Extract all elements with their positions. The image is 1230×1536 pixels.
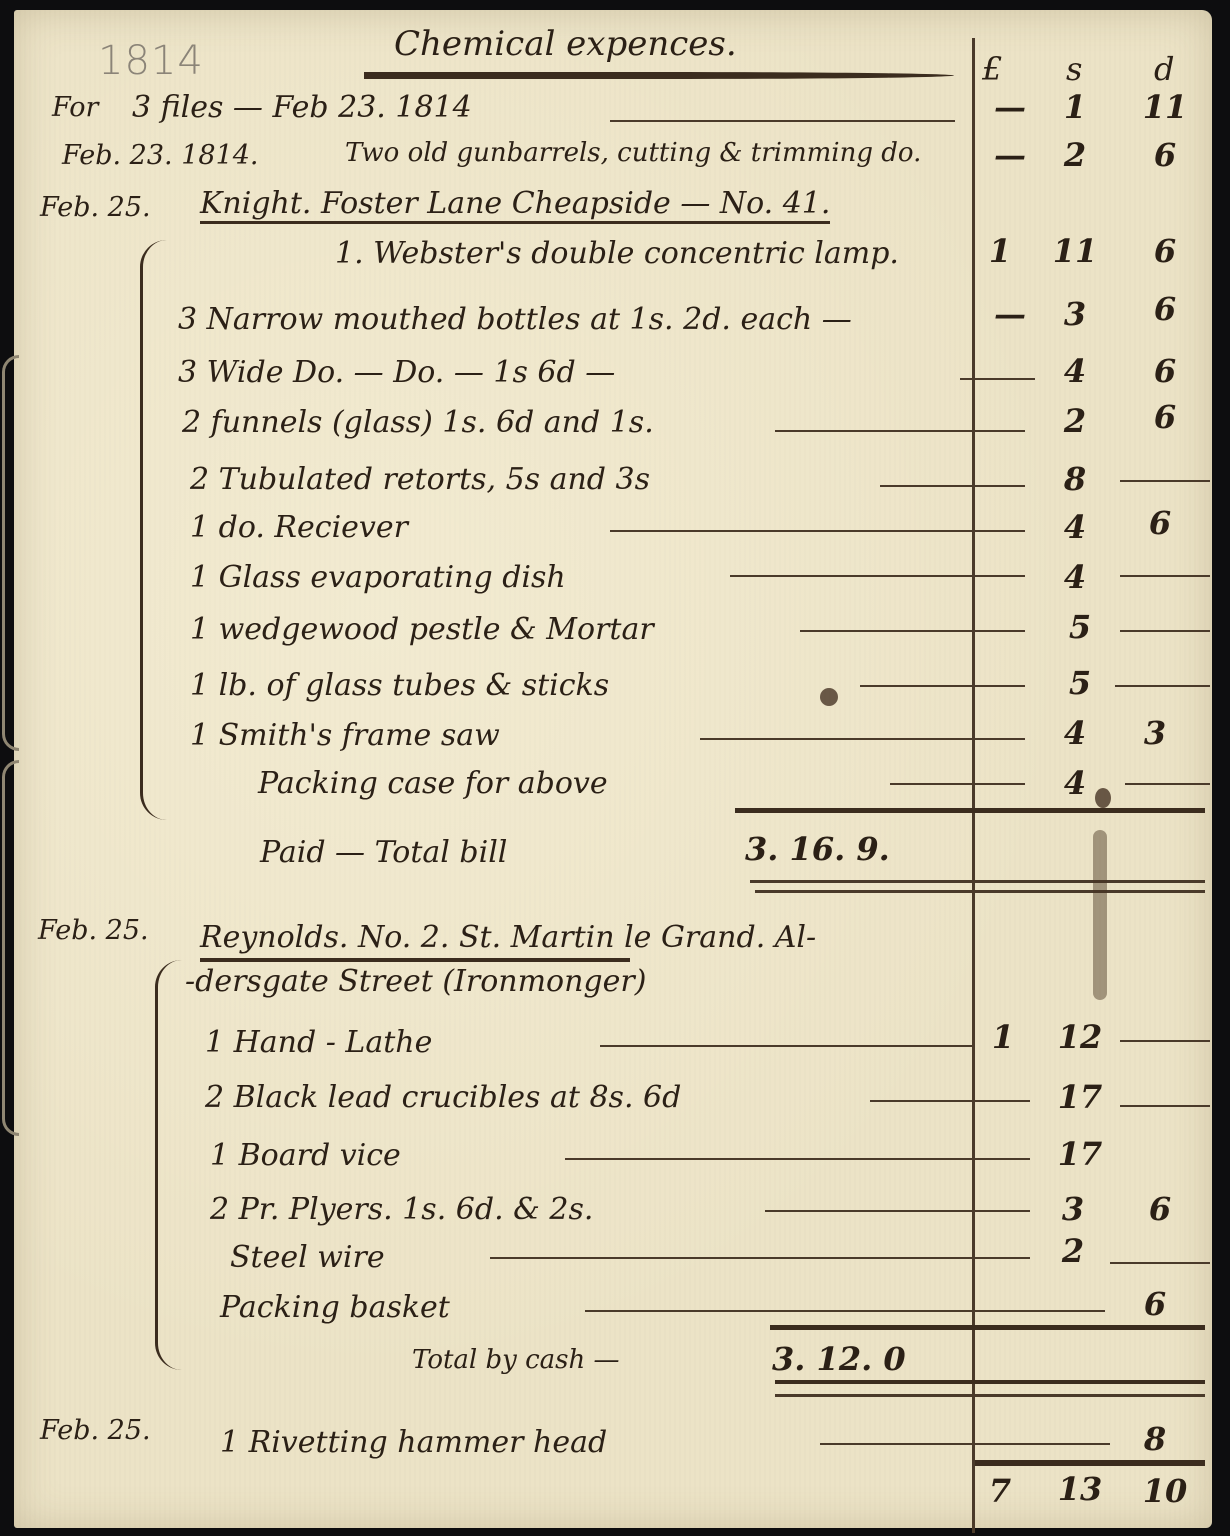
amount-pence: 11 — [1140, 88, 1190, 126]
ink-blot — [1095, 788, 1111, 808]
item-desc: 1 Glass evaporating dish — [190, 560, 566, 595]
amount-shillings: 4 — [1050, 558, 1100, 596]
leader-line — [600, 1045, 975, 1047]
amount-pence: 6 — [1140, 136, 1190, 174]
amount-pence: 6 — [1130, 1285, 1180, 1323]
leader-line — [960, 378, 1035, 380]
column-header-pounds: £ — [982, 50, 1002, 88]
amount-shillings: 4 — [1050, 764, 1100, 802]
item-desc: 1 Rivetting hammer head — [220, 1425, 607, 1460]
amount-shillings: 4 — [1050, 352, 1100, 390]
total-rule — [735, 808, 1205, 813]
item-desc: 3 Narrow mouthed bottles at 1s. 2d. each… — [178, 302, 852, 337]
dash-pence — [1120, 630, 1210, 632]
amount-shillings: 2 — [1050, 136, 1100, 174]
reynolds-bracket — [155, 960, 182, 1370]
amount-pence: 6 — [1135, 504, 1185, 542]
leader-line — [730, 575, 1025, 577]
item-desc: 1 wedgewood pestle & Mortar — [190, 612, 654, 647]
amount-pounds: 1 — [975, 232, 1025, 270]
title-underline — [364, 72, 954, 79]
amount-pence: 3 — [1130, 714, 1180, 752]
ink-drip — [1093, 830, 1107, 1000]
amount-pence: 8 — [1130, 1420, 1180, 1458]
item-desc: 2 Pr. Plyers. 1s. 6d. & 2s. — [210, 1192, 593, 1227]
item-desc: 1 do. Reciever — [190, 510, 408, 545]
leader-line — [585, 1310, 1105, 1312]
column-header-pence: d — [1154, 50, 1174, 88]
vendor-reynolds-address: -dersgate Street (Ironmonger) — [185, 964, 646, 999]
grand-total-shillings: 13 — [1055, 1470, 1105, 1508]
amount-pounds: — — [985, 136, 1035, 174]
double-rule — [750, 880, 1205, 883]
amount-pounds: — — [985, 295, 1035, 333]
leader-line — [610, 120, 955, 122]
entry-date: Feb. 23. 1814. — [62, 140, 259, 171]
vendor-reynolds-header: Reynolds. No. 2. St. Martin le Grand. Al… — [200, 920, 816, 955]
knight-total-label: Paid — Total bill — [260, 835, 507, 870]
page-title: Chemical expences. — [394, 24, 737, 64]
leader-line — [490, 1257, 1030, 1259]
item-desc: 2 funnels (glass) 1s. 6d and 1s. — [182, 405, 654, 440]
entry-date: For — [52, 92, 98, 123]
double-rule — [755, 890, 1205, 893]
leader-line — [775, 430, 1025, 432]
leader-line — [870, 1100, 1030, 1102]
leader-line — [820, 1443, 1110, 1445]
amount-shillings: 17 — [1055, 1078, 1105, 1116]
item-desc: 2 Black lead crucibles at 8s. 6d — [205, 1080, 681, 1115]
reynolds-total-label: Total by cash — — [412, 1345, 620, 1375]
dash-pence — [1120, 575, 1210, 577]
item-desc: 1 Smith's frame saw — [190, 718, 500, 753]
amount-pounds: 1 — [978, 1018, 1028, 1056]
amount-shillings: 4 — [1050, 714, 1100, 752]
entry-date: Feb. 25. — [38, 915, 149, 946]
double-rule — [775, 1380, 1205, 1384]
item-desc: 1 Board vice — [210, 1138, 401, 1173]
double-rule — [775, 1394, 1205, 1397]
entry-desc: 3 files — Feb 23. 1814 — [132, 90, 472, 125]
dash-pence — [1125, 783, 1210, 785]
leader-line — [880, 485, 1025, 487]
pencil-year-annotation: 1814 — [98, 38, 204, 84]
item-desc: 1 Hand - Lathe — [205, 1025, 432, 1060]
amount-pence: 6 — [1140, 232, 1190, 270]
dash-pence — [1110, 1262, 1210, 1264]
grand-total-pounds: 7 — [975, 1472, 1025, 1510]
amount-pence: 6 — [1140, 352, 1190, 390]
dash-pence — [1120, 1105, 1210, 1107]
column-header-shillings: s — [1066, 50, 1082, 88]
leader-line — [890, 783, 1025, 785]
dash-pence — [1120, 480, 1210, 482]
amount-shillings: 3 — [1050, 295, 1100, 333]
amount-pence: 6 — [1140, 290, 1190, 328]
header-underline — [200, 958, 630, 962]
grand-total-rule — [975, 1460, 1205, 1466]
item-desc: Steel wire — [230, 1240, 385, 1275]
binding-thread — [2, 760, 19, 1136]
amount-shillings: 4 — [1050, 508, 1100, 546]
ink-blot — [820, 688, 838, 706]
amount-pence: 6 — [1135, 1190, 1185, 1228]
grand-total-pence: 10 — [1140, 1472, 1190, 1510]
entry-date: Feb. 25. — [40, 192, 151, 223]
amount-shillings: 12 — [1055, 1018, 1105, 1056]
leader-line — [860, 685, 1025, 687]
leader-line — [565, 1158, 1030, 1160]
amount-pounds: — — [985, 88, 1035, 126]
amount-shillings: 5 — [1055, 608, 1105, 646]
item-desc: Packing case for above — [258, 766, 608, 801]
leader-line — [765, 1210, 1030, 1212]
amount-shillings: 2 — [1050, 402, 1100, 440]
amount-pence: 6 — [1140, 398, 1190, 436]
reynolds-total-value: 3. 12. 0 — [772, 1340, 906, 1378]
item-desc: 2 Tubulated retorts, 5s and 3s — [190, 462, 650, 497]
vendor-knight-header: Knight. Foster Lane Cheapside — No. 41. — [200, 186, 830, 224]
amount-shillings: 11 — [1050, 232, 1100, 270]
leader-line — [700, 738, 1025, 740]
amount-shillings: 1 — [1050, 88, 1100, 126]
amount-shillings: 8 — [1050, 460, 1100, 498]
knight-bracket — [140, 240, 167, 820]
amount-shillings: 2 — [1048, 1232, 1098, 1270]
dash-pence — [1115, 685, 1210, 687]
binding-thread — [2, 355, 19, 751]
amount-shillings: 17 — [1055, 1135, 1105, 1173]
item-desc: Packing basket — [220, 1290, 450, 1325]
knight-total-value: 3. 16. 9. — [745, 830, 890, 868]
amount-shillings: 3 — [1048, 1190, 1098, 1228]
total-rule — [770, 1325, 1205, 1330]
item-desc: 1. Webster's double concentric lamp. — [335, 236, 899, 271]
dash-pence — [1120, 1040, 1210, 1042]
item-desc: 1 lb. of glass tubes & sticks — [190, 668, 609, 703]
leader-line — [610, 530, 1025, 532]
item-desc: 3 Wide Do. — Do. — 1s 6d — — [178, 355, 615, 390]
entry-desc: Two old gunbarrels, cutting & trimming d… — [345, 138, 921, 168]
leader-line — [800, 630, 1025, 632]
amount-shillings: 5 — [1055, 664, 1105, 702]
entry-date: Feb. 25. — [40, 1415, 151, 1446]
